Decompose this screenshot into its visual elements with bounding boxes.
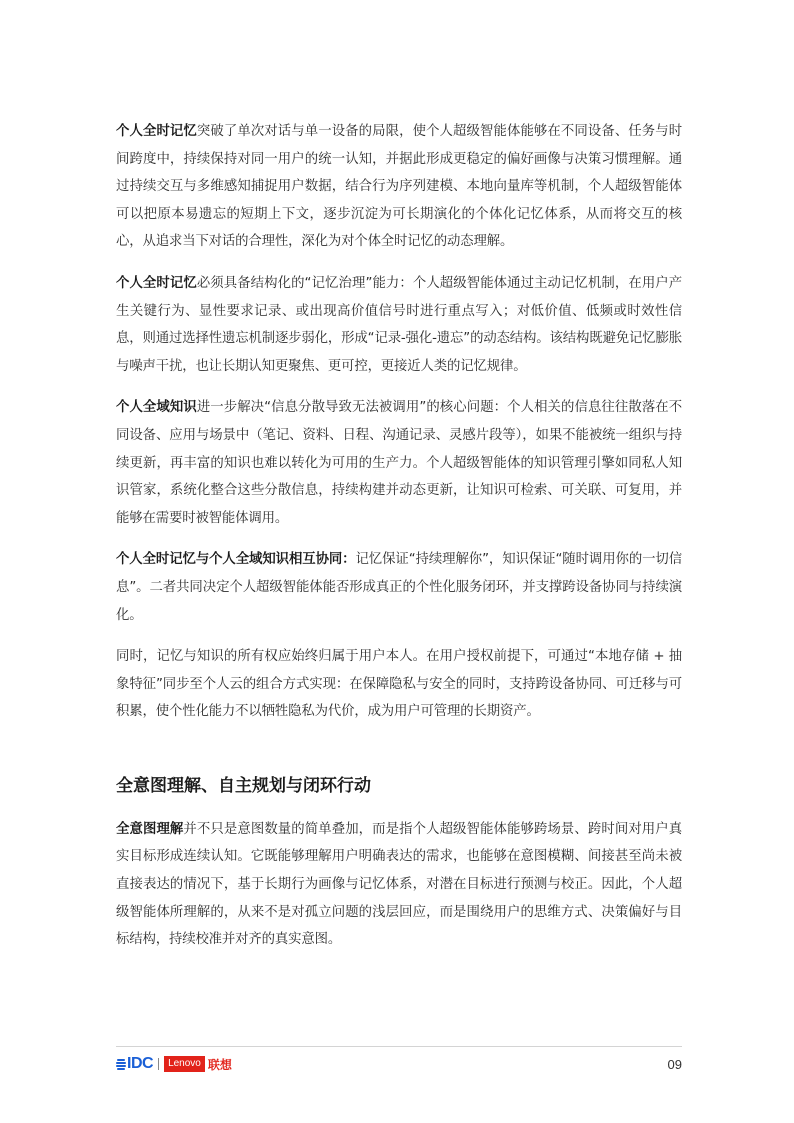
page-footer: IDC Lenovo 联想 09 xyxy=(116,1053,682,1075)
paragraph-memory-governance: 个人全时记忆必须具备结构化的“记忆治理”能力：个人超级智能体通过主动记忆机制，在… xyxy=(116,270,682,380)
lead-term: 个人全时记忆 xyxy=(116,124,197,139)
paragraph-text: 突破了单次对话与单一设备的局限，使个人超级智能体能够在不同设备、任务与时间跨度中… xyxy=(116,124,682,249)
paragraph-text: 同时，记忆与知识的所有权应始终归属于用户本人。在用户授权前提下，可通过“本地存储… xyxy=(116,649,682,719)
lead-term: 个人全时记忆 xyxy=(116,276,197,291)
idc-globe-icon xyxy=(116,1058,126,1070)
lead-term: 个人全时记忆与个人全域知识相互协同： xyxy=(116,552,355,567)
paragraph-memory-intro: 个人全时记忆突破了单次对话与单一设备的局限，使个人超级智能体能够在不同设备、任务… xyxy=(116,118,682,256)
paragraph-text: 进一步解决“信息分散导致无法被调用”的核心问题：个人相关的信息往往散落在不同设备… xyxy=(116,400,682,525)
lead-term: 全意图理解 xyxy=(116,822,183,837)
page-number: 09 xyxy=(668,1057,682,1072)
lead-term: 个人全域知识 xyxy=(116,400,197,415)
idc-logo-text: IDC xyxy=(127,1055,153,1073)
idc-logo: IDC xyxy=(116,1055,153,1073)
paragraph-text: 并不只是意图数量的简单叠加，而是指个人超级智能体能够跨场景、跨时间对用户真实目标… xyxy=(116,822,682,947)
lenovo-cn-logo: 联想 xyxy=(208,1056,232,1073)
footer-divider xyxy=(116,1046,682,1047)
paragraph-ownership: 同时，记忆与知识的所有权应始终归属于用户本人。在用户授权前提下，可通过“本地存储… xyxy=(116,643,682,726)
paragraph-synergy: 个人全时记忆与个人全域知识相互协同：记忆保证“持续理解你”，知识保证“随时调用你… xyxy=(116,546,682,629)
lenovo-logo: Lenovo xyxy=(164,1056,205,1072)
paragraph-knowledge: 个人全域知识进一步解决“信息分散导致无法被调用”的核心问题：个人相关的信息往往散… xyxy=(116,394,682,532)
logo-separator xyxy=(158,1058,159,1070)
paragraph-full-intent: 全意图理解并不只是意图数量的简单叠加，而是指个人超级智能体能够跨场景、跨时间对用… xyxy=(116,816,682,954)
page-content: 个人全时记忆突破了单次对话与单一设备的局限，使个人超级智能体能够在不同设备、任务… xyxy=(116,118,682,968)
paragraph-text: 必须具备结构化的“记忆治理”能力：个人超级智能体通过主动记忆机制，在用户产生关键… xyxy=(116,276,682,374)
section-heading: 全意图理解、自主规划与闭环行动 xyxy=(116,774,682,798)
